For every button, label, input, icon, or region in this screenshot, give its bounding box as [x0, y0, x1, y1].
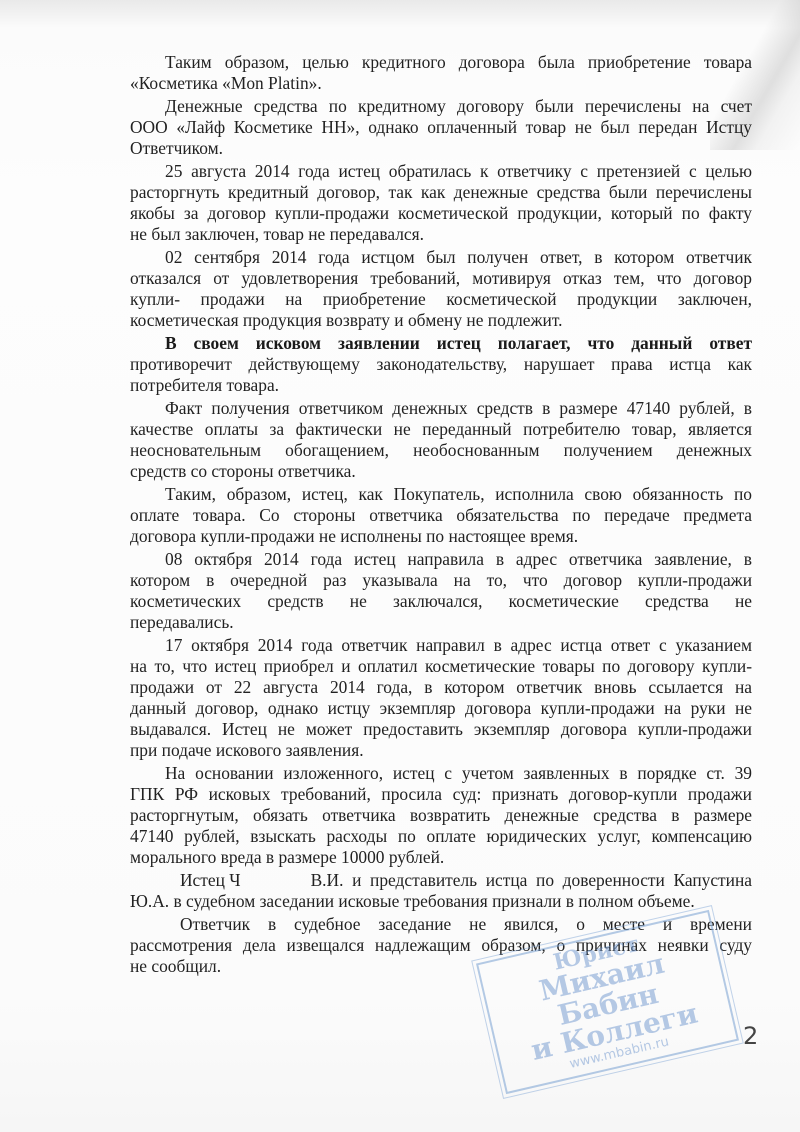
text-line: Таким образом, целью кредитного договора… — [130, 52, 752, 73]
paragraph-3: 25 августа 2014 года истец обратилась к … — [130, 161, 752, 245]
text-line: Ю.А. в судебном заседании исковые требов… — [130, 891, 752, 912]
paragraph-10: На основании изложенного, истец с учетом… — [130, 763, 752, 868]
text-line: не был заключен, товар не передавался. — [130, 224, 752, 245]
text-line: потребителя товара. — [130, 375, 752, 396]
text-line: на то, что истец приобрел и оплатил косм… — [130, 656, 752, 677]
text-line: 47140 рублей, взыскать расходы по оплате… — [130, 826, 752, 847]
paragraph-9: 17 октября 2014 года ответчик направил в… — [130, 635, 752, 761]
text-line: якобы за договор купли-продажи косметиче… — [130, 203, 752, 224]
text-line: косметических средств не заключался, кос… — [130, 591, 752, 612]
text-line: Истец Ч В.И. и представитель истца по до… — [130, 870, 752, 891]
text-line: котором в очередной раз указывала на то,… — [130, 570, 752, 591]
document-body: Таким образом, целью кредитного договора… — [130, 52, 752, 979]
text-line: передавались. — [130, 612, 752, 633]
text-line: выдавался. Истец не может предоставить э… — [130, 719, 752, 740]
text-line: ООО «Лайф Косметике НН», однако оплаченн… — [130, 117, 752, 138]
paragraph-5: В своем исковом заявлении истец полагает… — [130, 333, 752, 396]
redacted-name — [241, 870, 311, 891]
text-line: 17 октября 2014 года ответчик направил в… — [130, 635, 752, 656]
text-line: ГПК РФ исковых требований, просила суд: … — [130, 784, 752, 805]
text-line: при подаче искового заявления. — [130, 740, 752, 761]
paragraph-7: Таким, образом, истец, как Покупатель, и… — [130, 484, 752, 547]
text-line: Таким, образом, истец, как Покупатель, и… — [130, 484, 752, 505]
text-line: «Косметика «Mon Platin». — [130, 73, 752, 94]
plaintiff-name-prefix: Истец Ч — [180, 870, 241, 891]
text-line: договора купли-продажи не исполнены по н… — [130, 526, 752, 547]
text-line: качестве оплаты за фактически не передан… — [130, 419, 752, 440]
text-line: средств со стороны ответчика. — [130, 461, 752, 482]
text-continuation: В.И. и представитель истца по довереннос… — [311, 870, 752, 891]
text-line: 02 сентября 2014 года истцом был получен… — [130, 247, 752, 268]
text-line: Денежные средства по кредитному договору… — [130, 96, 752, 117]
text-line: косметическая продукция возврату и обмен… — [130, 310, 752, 331]
paragraph-4: 02 сентября 2014 года истцом был получен… — [130, 247, 752, 331]
text-line: расторгнутым, обязать ответчика возврати… — [130, 805, 752, 826]
text-line: морального вреда в размере 10000 рублей. — [130, 847, 752, 868]
text-line: На основании изложенного, истец с учетом… — [130, 763, 752, 784]
text-line: Ответчиком. — [130, 138, 752, 159]
paragraph-11: Истец Ч В.И. и представитель истца по до… — [130, 870, 752, 912]
text-line: отказался от удовлетворения требований, … — [130, 268, 752, 289]
paragraph-6: Факт получения ответчиком денежных средс… — [130, 398, 752, 482]
paragraph-8: 08 октября 2014 года истец направила в а… — [130, 549, 752, 633]
text-line: оплате товара. Со стороны ответчика обяз… — [130, 505, 752, 526]
text-line: противоречит действующему законодательст… — [130, 354, 752, 375]
text-line: продажи от 22 августа 2014 года, в котор… — [130, 677, 752, 698]
document-page: Таким образом, целью кредитного договора… — [0, 0, 800, 1132]
paragraph-2: Денежные средства по кредитному договору… — [130, 96, 752, 159]
text-line: В своем исковом заявлении истец полагает… — [130, 333, 752, 354]
text-line: данный договор, однако истцу экземпляр д… — [130, 698, 752, 719]
text-line: Факт получения ответчиком денежных средс… — [130, 398, 752, 419]
text-line: купли- продажи на приобретение косметиче… — [130, 289, 752, 310]
text-line: 08 октября 2014 года истец направила в а… — [130, 549, 752, 570]
page-number: 2 — [743, 1022, 758, 1050]
text-line: расторгнуть кредитный договор, так как д… — [130, 182, 752, 203]
paragraph-1: Таким образом, целью кредитного договора… — [130, 52, 752, 94]
text-line: неосновательным обогащением, необоснован… — [130, 440, 752, 461]
text-line: 25 августа 2014 года истец обратилась к … — [130, 161, 752, 182]
